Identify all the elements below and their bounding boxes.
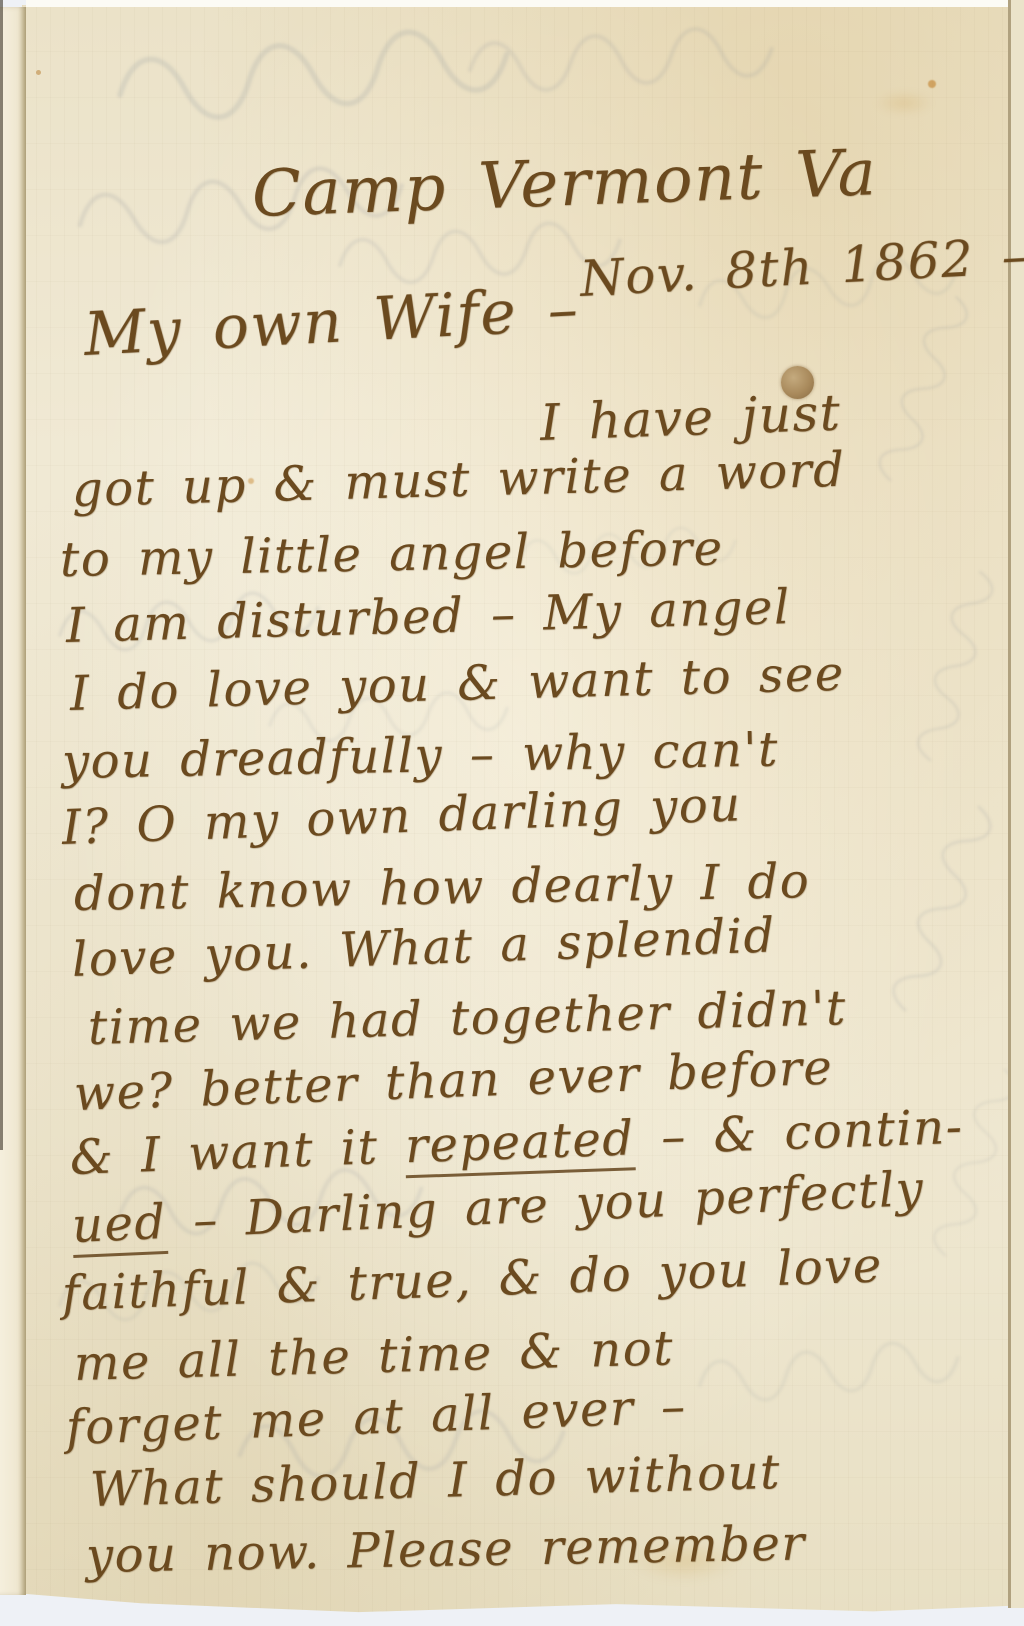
line-segment: & I want it — [69, 1118, 406, 1186]
scan-shadow-line — [0, 0, 3, 1150]
letter-scan-page: Camp Vermont Va Nov. 8th 1862 – My own W… — [0, 0, 1024, 1626]
underlined-word: repeated — [404, 1110, 635, 1178]
line-segment: – & contin- — [633, 1099, 964, 1166]
paper-top-edge — [26, 0, 1024, 7]
underlined-word: ued — [71, 1194, 168, 1258]
second-leaf-edge — [0, 7, 26, 1595]
body-line: to my little angel before — [60, 520, 724, 588]
opening-indent-line: I have just — [539, 384, 842, 452]
